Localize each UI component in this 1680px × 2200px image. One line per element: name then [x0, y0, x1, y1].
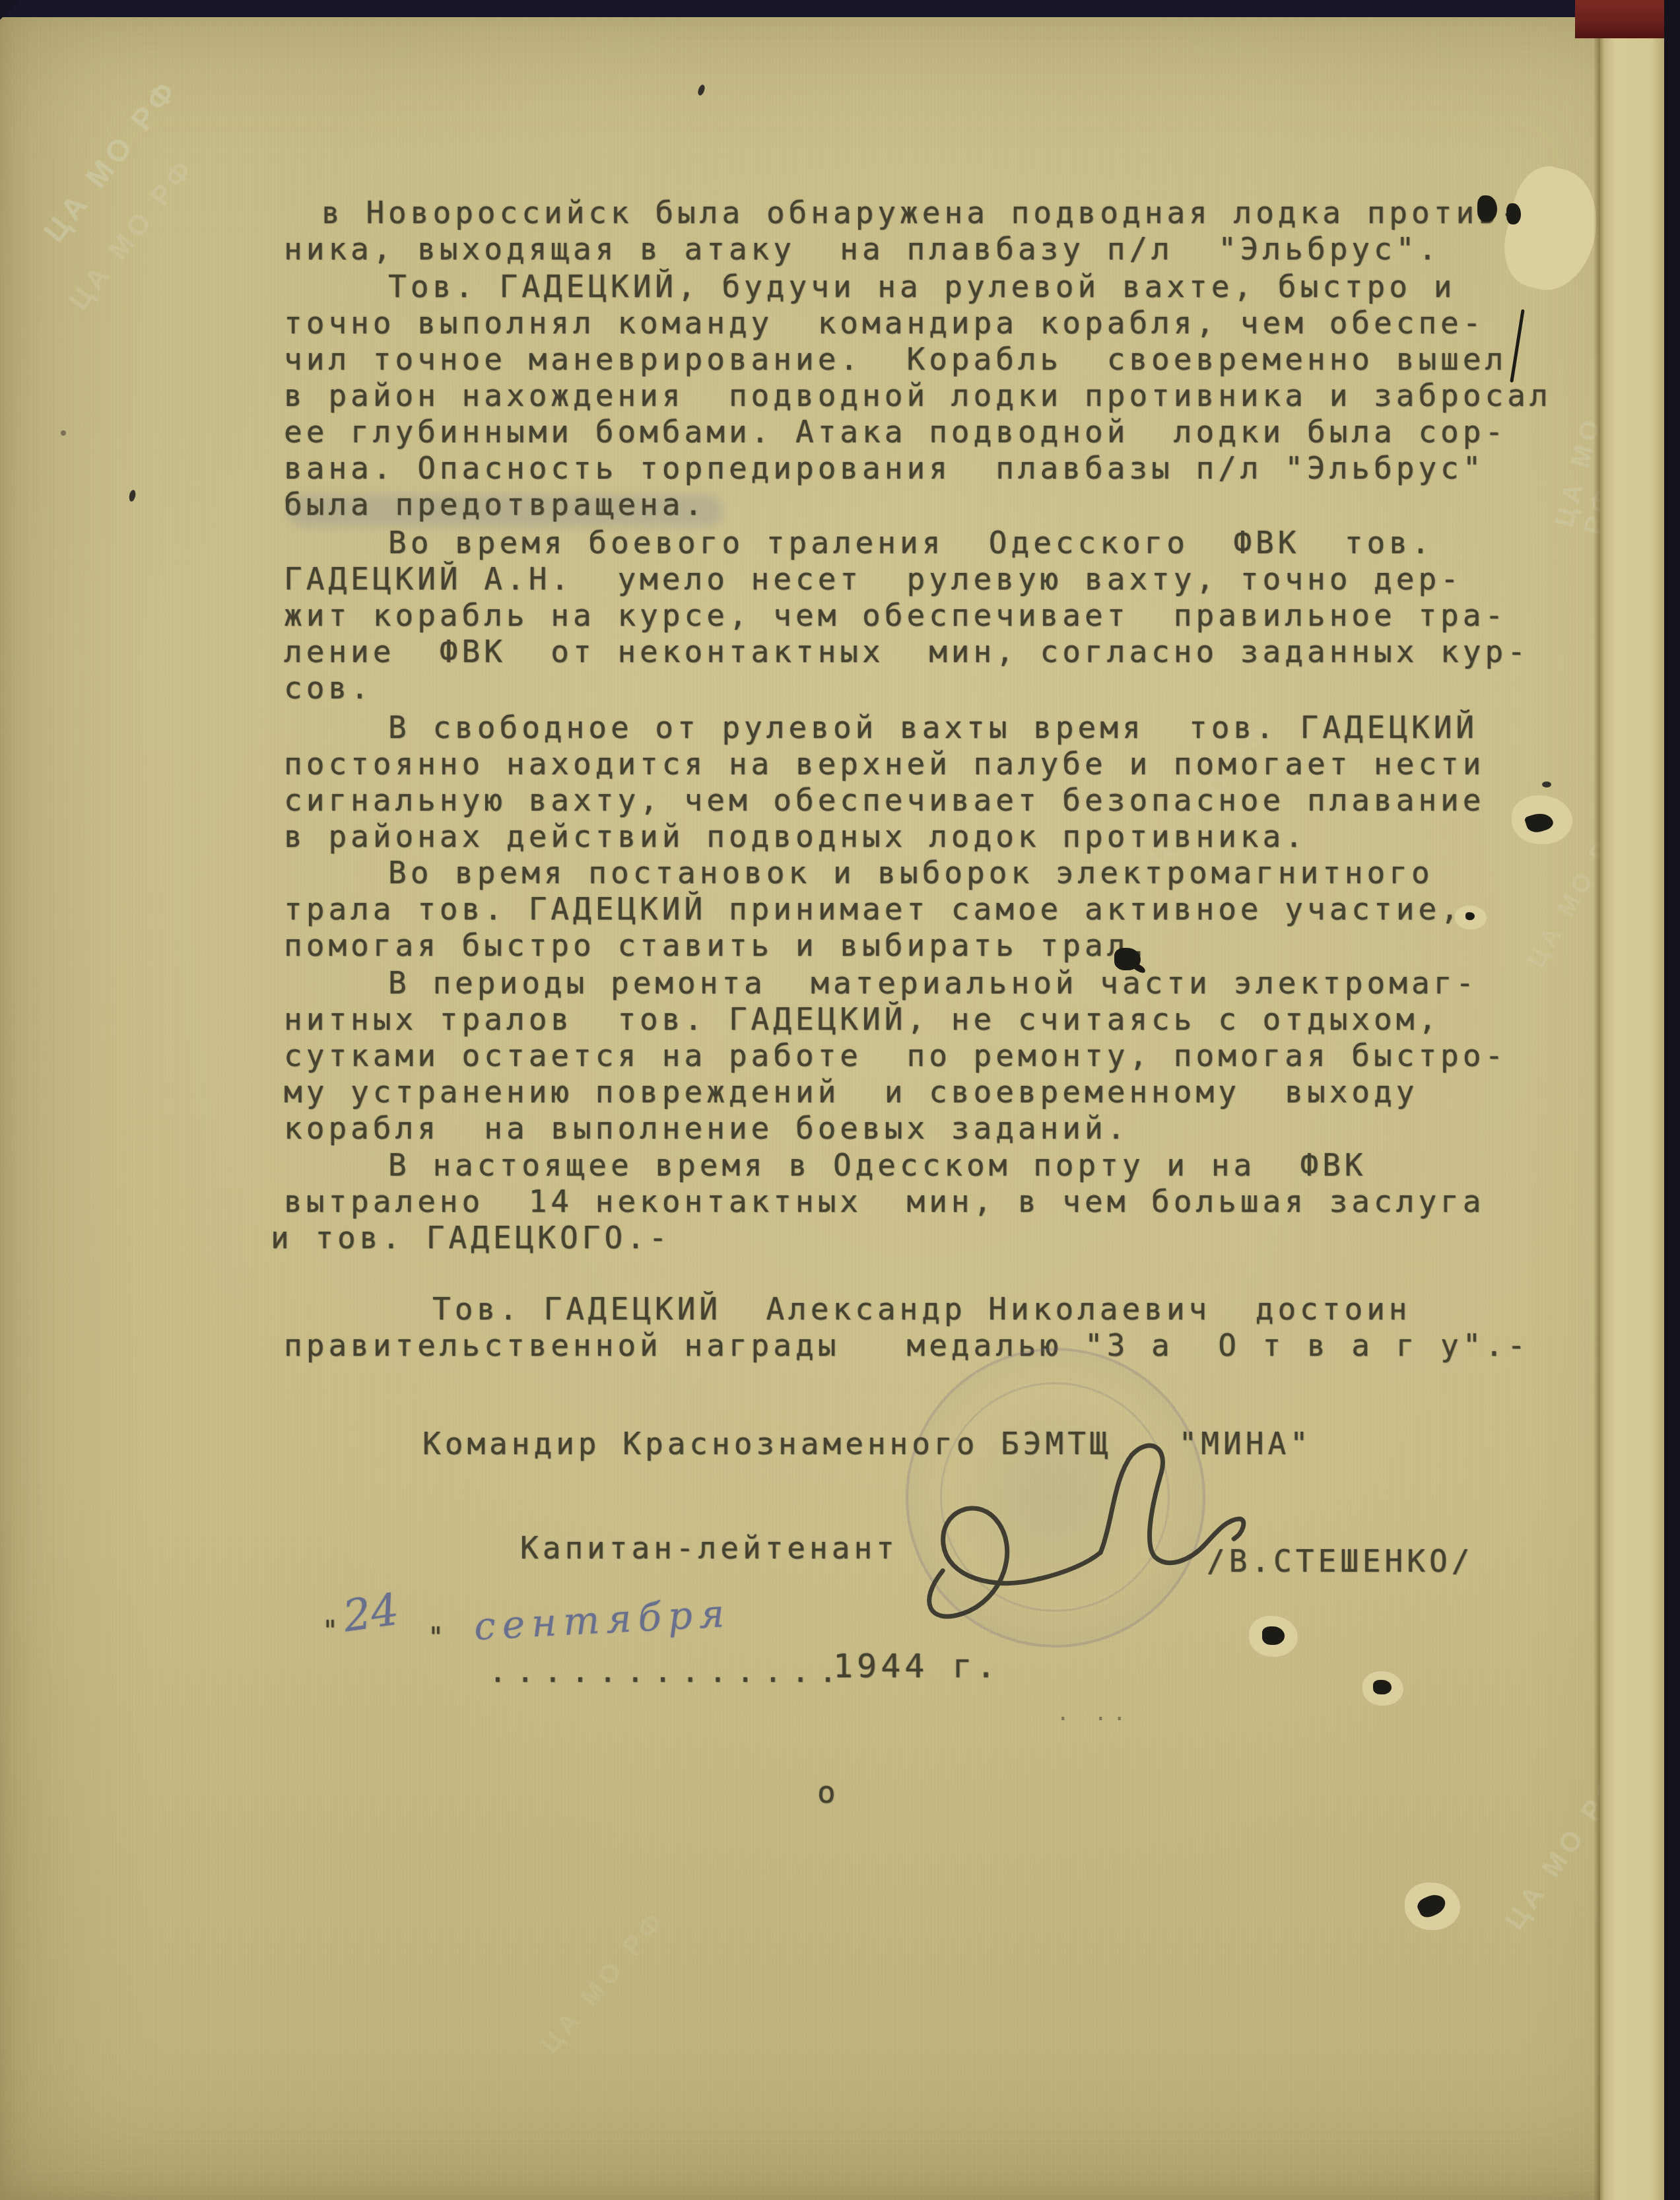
paper-hole — [1373, 1680, 1392, 1694]
archive-watermark: ЦА МО РФ — [36, 71, 185, 249]
paper-speck — [696, 84, 706, 96]
typed-line: Во время постановок и выборок электромаг… — [388, 855, 1434, 890]
paper-speck-dark — [1465, 912, 1475, 920]
archive-watermark: ЦА МО РФ — [63, 151, 201, 316]
scanner-corner-shadow — [0, 0, 20, 20]
typed-line: сутками остается на работе по ремонту, п… — [284, 1038, 1507, 1073]
scanner-background-top — [0, 0, 1680, 17]
typed-line: постоянно находится на верхней палубе и … — [284, 746, 1485, 782]
date-open-quote: " — [322, 1616, 342, 1646]
torn-corner-patch — [1495, 160, 1609, 299]
margin-mark — [128, 489, 137, 502]
paper-hole — [1262, 1626, 1285, 1645]
typed-line: му устранению повреждений и своевременно… — [284, 1074, 1418, 1110]
typed-line: Тов. ГАДЕЦКИЙ Александр Николаевич досто… — [432, 1291, 1411, 1327]
typed-line: правительственной награды медалью "З а О… — [284, 1327, 1529, 1363]
tear-hole — [1506, 203, 1521, 224]
typed-line: сов. — [284, 670, 373, 706]
typed-line: Во время боевого траления Одесского ФВК … — [388, 525, 1434, 560]
stray-punctuation: . .. — [1056, 1700, 1131, 1726]
typed-line: вытралено 14 неконтактных мин, в чем бол… — [284, 1183, 1485, 1219]
typed-line: Тов. ГАДЕЦКИЙ, будучи на рулевой вахте, … — [388, 269, 1456, 304]
date-day-handwritten: 24 — [340, 1584, 402, 1642]
edge-tick — [1542, 782, 1551, 787]
stray-character: о — [817, 1774, 840, 1810]
scanned-document-page: ЦА МО РФ ЦА МО РФ ЦА МО РФ ЦА МО РФ ЦА М… — [0, 0, 1680, 2200]
typed-line: В периоды ремонта материальной части эле… — [388, 965, 1478, 1001]
date-year: 1944 г. — [833, 1647, 1000, 1685]
archive-watermark: ЦА МО РФ — [535, 1904, 672, 2059]
typed-line: ника, выходящая в атаку на плавбазу п/л … — [284, 231, 1440, 267]
page-fold-crease — [1594, 0, 1600, 2200]
typed-line: В настоящее время в Одесском порту и на … — [388, 1147, 1367, 1183]
typed-line: чил точное маневрирование. Корабль своев… — [284, 341, 1507, 377]
typed-line: в район нахождения подводной лодки проти… — [284, 378, 1552, 413]
typed-line: сигнальную вахту, чем обеспечивает безоп… — [284, 782, 1485, 818]
typed-line: и тов. ГАДЕЦКОГО.- — [271, 1220, 671, 1255]
typed-line: жит корабль на курсе, чем обеспечивает п… — [284, 597, 1507, 633]
typed-line: трала тов. ГАДЕЦКИЙ принимает самое акти… — [284, 891, 1463, 927]
tear-hole — [1477, 195, 1497, 222]
typed-line: вана. Опасность торпедирования плавбазы … — [284, 450, 1485, 486]
underlying-page-edge — [1600, 0, 1664, 2200]
typed-line: в Новороссийск была обнаружена подводная… — [321, 195, 1523, 230]
typed-line: ее глубинными бомбами. Атака подводной л… — [284, 414, 1507, 450]
scanner-background-right — [1664, 0, 1680, 2200]
date-close-quote: " — [428, 1622, 448, 1653]
typed-line: была предотвращена. — [284, 486, 706, 522]
paper-crack — [1510, 309, 1524, 382]
date-dotted-line: ............. — [488, 1653, 846, 1689]
date-month-handwritten: сентября — [473, 1591, 731, 1649]
handwritten-signature — [873, 1420, 1253, 1637]
typed-line: нитных тралов тов. ГАДЕЦКИЙ, не считаясь… — [284, 1001, 1440, 1037]
typed-line: В свободное от рулевой вахты время тов. … — [388, 710, 1478, 745]
typed-line: в районах действий подводных лодок проти… — [284, 818, 1307, 854]
typed-line: ГАДЕЦКИЙ А.Н. умело несет рулевую вахту,… — [284, 561, 1463, 597]
paper-speck — [61, 430, 66, 436]
typed-line: ление ФВК от неконтактных мин, согласно … — [284, 634, 1529, 669]
rank-label: Капитан-лейтенант — [520, 1530, 898, 1566]
typed-line: корабля на выполнение боевых заданий. — [284, 1110, 1129, 1146]
typed-line: точно выполнял команду командира корабля… — [284, 305, 1485, 341]
typed-line: помогая быстро ставить и выбирать трал. — [284, 927, 1151, 963]
